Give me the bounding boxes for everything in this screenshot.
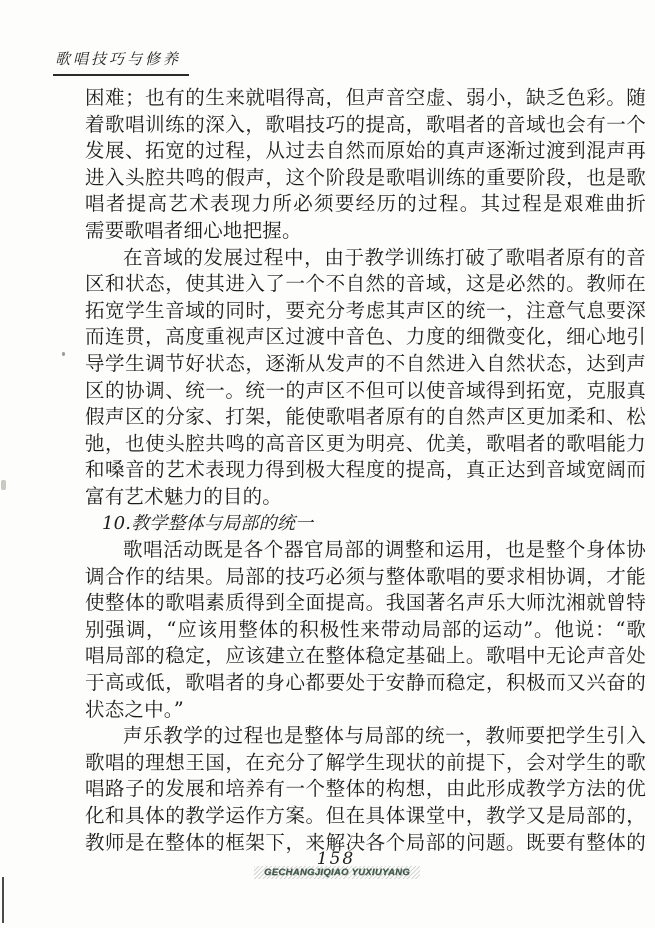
text-line: 困难；也有的生来就唱得高，但声音空虚、弱小，缺乏色彩。随 bbox=[85, 85, 646, 112]
text-line: 唱路子的发展和培养有一个整体的构想，由此形成教学方法的优 bbox=[85, 776, 646, 803]
text-line: 弛，也使头腔共鸣的高音区更为明亮、优美，歌唱者的歌唱能力 bbox=[85, 431, 646, 458]
scan-speck bbox=[1, 480, 6, 490]
text-line: 而连贯，高度重视声区过渡中音色、力度的细微变化，细心地引 bbox=[85, 324, 646, 351]
book-page: 歌唱技巧与修养 困难；也有的生来就唱得高，但声音空虚、弱小，缺乏色彩。随着歌唱训… bbox=[0, 0, 655, 928]
text-line: 进入头腔共鸣的假声，这个阶段是歌唱训练的重要阶段，也是歌 bbox=[85, 165, 646, 192]
text-line: 歌唱活动既是各个器官局部的调整和运用，也是整个身体协 bbox=[85, 537, 646, 564]
text-line: 唱局部的稳定，应该建立在整体稳定基础上。歌唱中无论声音处 bbox=[85, 643, 646, 670]
scan-artifact-line bbox=[2, 877, 4, 923]
text-line: 别强调，“应该用整体的积极性来带动局部的运动”。他说：“歌 bbox=[85, 617, 646, 644]
text-line: 区的协调、统一。统一的声区不但可以使音域得到拓宽，克服真 bbox=[85, 378, 646, 405]
text-line-list: 困难；也有的生来就唱得高，但声音空虚、弱小，缺乏色彩。随着歌唱训练的深入，歌唱技… bbox=[85, 85, 646, 856]
text-line: 声乐教学的过程也是整体与局部的统一，教师要把学生引入 bbox=[85, 723, 646, 750]
text-line: 拓宽学生音域的同时，要充分考虑其声区的统一，注意气息要深 bbox=[85, 298, 646, 325]
body-text: 困难；也有的生来就唱得高，但声音空虚、弱小，缺乏色彩。随着歌唱训练的深入，歌唱技… bbox=[85, 85, 646, 856]
text-line: 状态之中。” bbox=[85, 697, 646, 724]
text-line: 唱者提高艺术表现力所必须要经历的过程。其过程是艰难曲折的， bbox=[85, 191, 646, 218]
running-header: 歌唱技巧与修养 bbox=[53, 48, 189, 76]
text-line: 调合作的结果。局部的技巧必须与整体歌唱的要求相协调，才能 bbox=[85, 564, 646, 591]
text-line: 富有艺术魅力的目的。 bbox=[85, 484, 646, 511]
text-line: 假声区的分家、打架，能使歌唱者原有的自然声区更加柔和、松 bbox=[85, 404, 646, 431]
text-line: 发展、拓宽的过程，从过去自然而原始的真声逐渐过渡到混声再 bbox=[85, 138, 646, 165]
text-line: 歌唱的理想王国，在充分了解学生现状的前提下，会对学生的歌 bbox=[85, 750, 646, 777]
text-line: 导学生调节好状态，逐渐从发声的不自然进入自然状态，达到声 bbox=[85, 351, 646, 378]
text-line: 需要歌唱者细心地把握。 bbox=[85, 218, 646, 245]
text-line: 化和具体的教学运作方案。但在具体课堂中，教学又是局部的， bbox=[85, 803, 646, 830]
scan-speck bbox=[62, 352, 65, 356]
text-line: 着歌唱训练的深入，歌唱技巧的提高，歌唱者的音域也会有一个 bbox=[85, 112, 646, 139]
footer-banner: GECHANGJIQIAO YUXIUYANG bbox=[254, 866, 420, 879]
text-line: 使整体的歌唱素质得到全面提高。我国著名声乐大师沈湘就曾特 bbox=[85, 590, 646, 617]
text-line: 在音域的发展过程中，由于教学训练打破了歌唱者原有的音 bbox=[85, 245, 646, 272]
text-line: 于高或低，歌唱者的身心都要处于安静而稳定，积极而又兴奋的 bbox=[85, 670, 646, 697]
text-line: 区和状态，使其进入了一个不自然的音域，这是必然的。教师在 bbox=[85, 271, 646, 298]
text-line: 和嗓音的艺术表现力得到极大程度的提高，真正达到音域宽阔而 bbox=[85, 457, 646, 484]
text-line: 10.教学整体与局部的统一 bbox=[85, 511, 646, 538]
